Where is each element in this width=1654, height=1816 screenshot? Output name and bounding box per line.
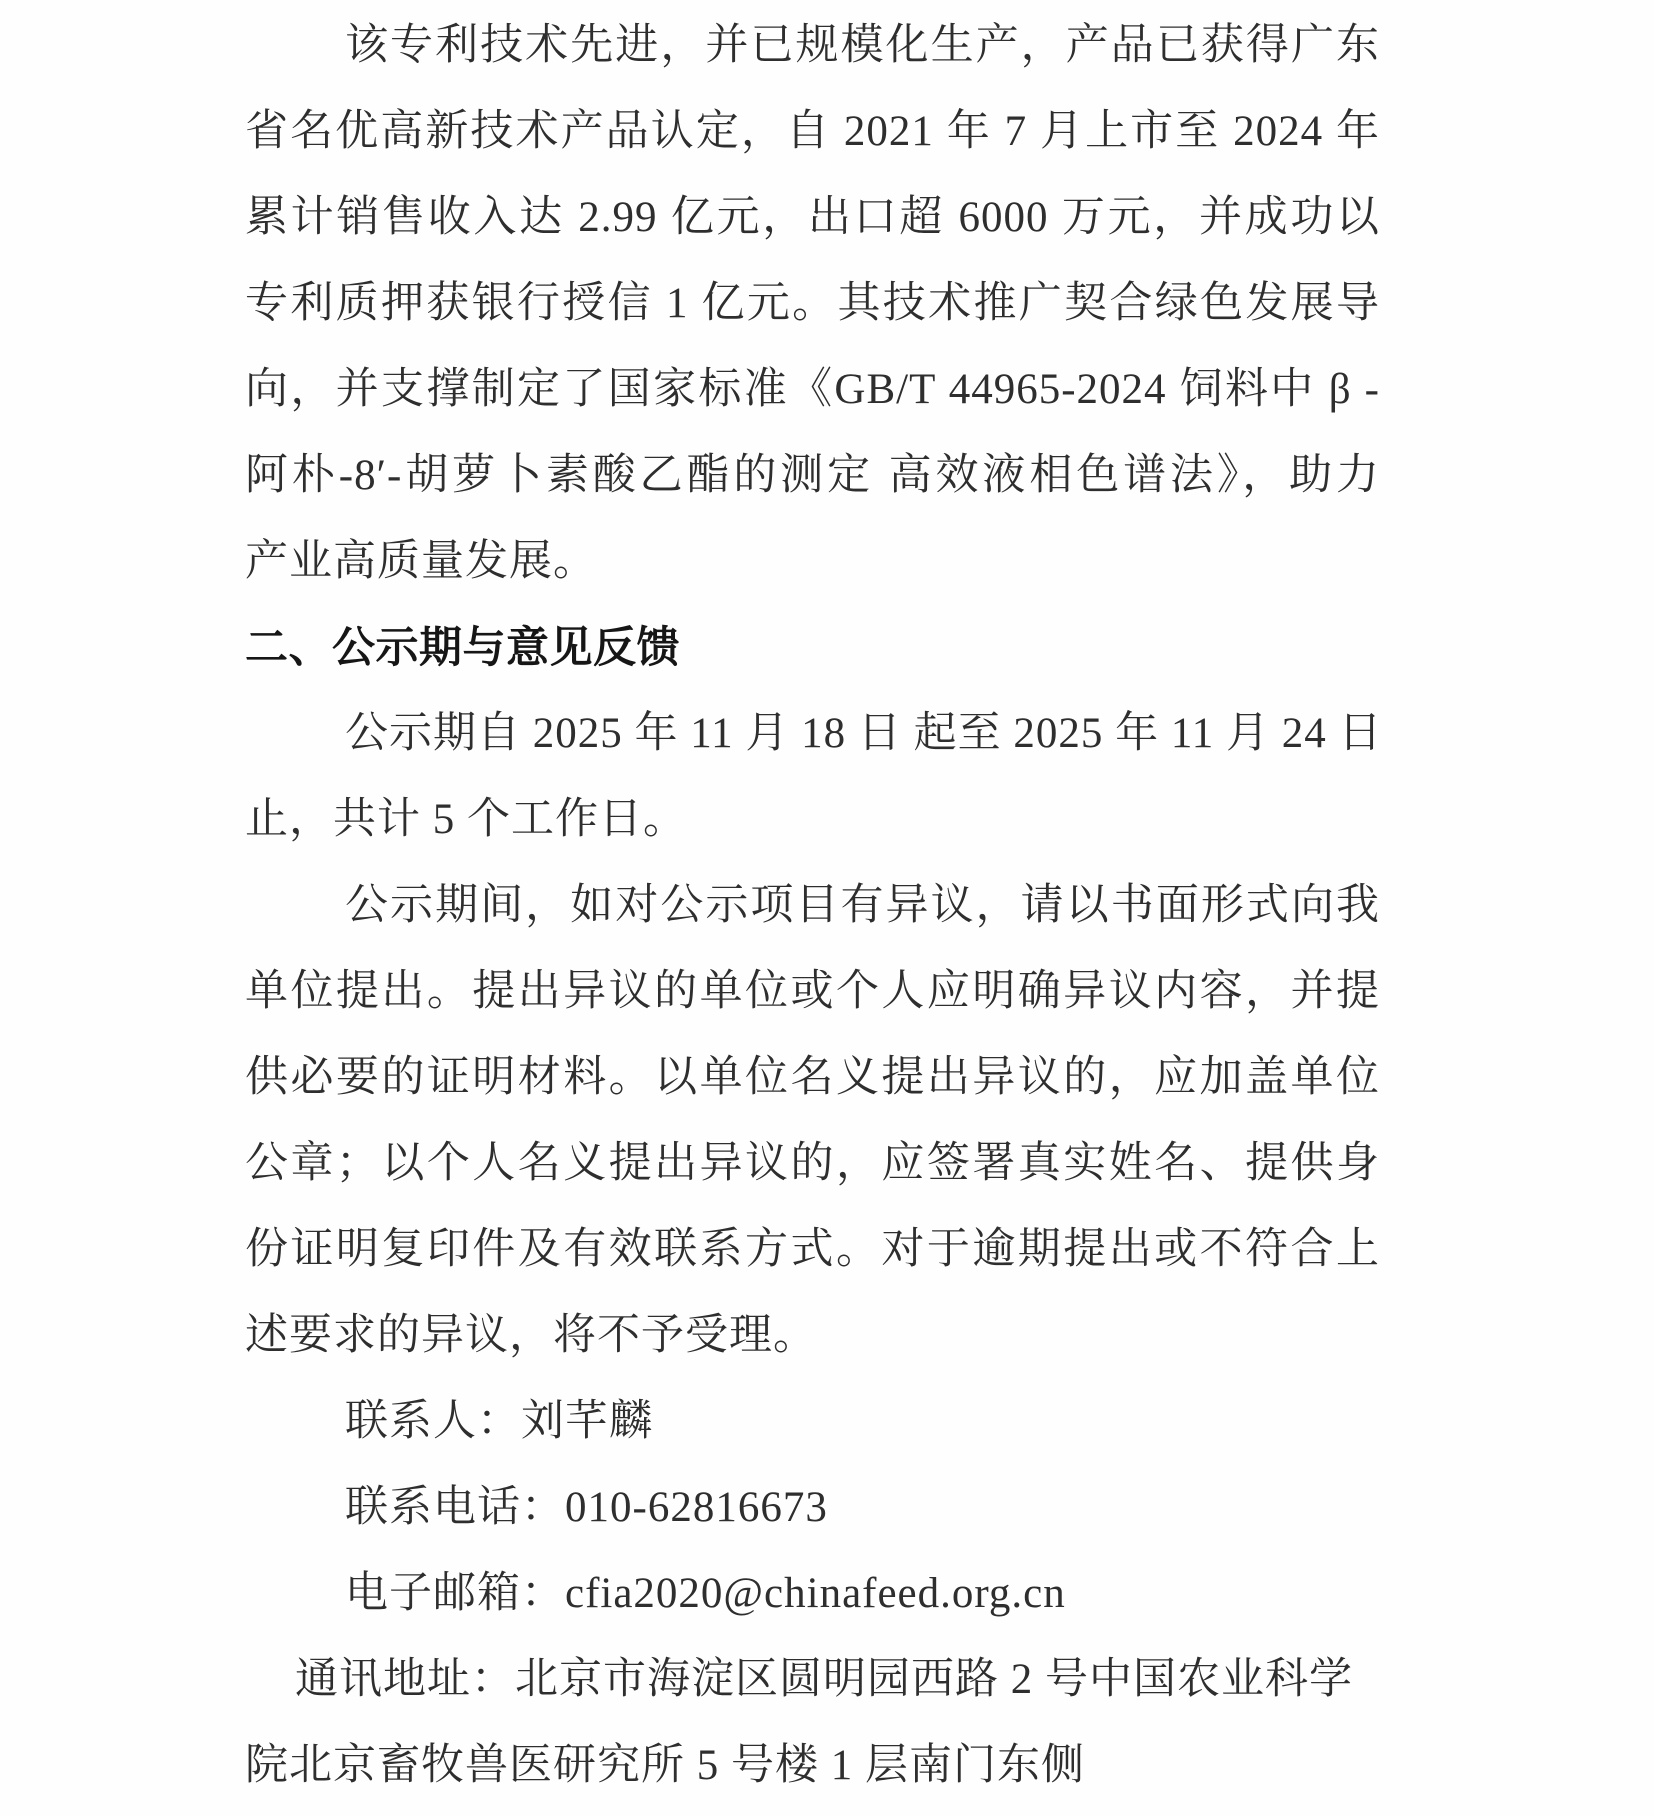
document-body: 该专利技术先进，并已规模化生产，产品已获得广东省名优高新技术产品认定，自 202…	[0, 0, 1654, 1816]
para1-line6: 阿朴-8′-胡萝卜素酸乙酯的测定 高效液相色谱法》，助力	[245, 433, 1380, 519]
para3-line5: 份证明复印件及有效联系方式。对于逾期提出或不符合上	[245, 1207, 1380, 1293]
para1-line3: 累计销售收入达 2.99 亿元，出口超 6000 万元，并成功以	[245, 175, 1380, 261]
section-heading: 二、公示期与意见反馈	[245, 605, 1380, 691]
para1-line1: 该专利技术先进，并已规模化生产，产品已获得广东	[245, 3, 1380, 89]
para1-line4: 专利质押获银行授信 1 亿元。其技术推广契合绿色发展导	[245, 261, 1380, 347]
document-page: 该专利技术先进，并已规模化生产，产品已获得广东省名优高新技术产品认定，自 202…	[0, 0, 1654, 1816]
para3-line1: 公示期间，如对公示项目有异议，请以书面形式向我	[245, 863, 1380, 949]
para3-line4: 公章；以个人名义提出异议的，应签署真实姓名、提供身	[245, 1121, 1380, 1207]
contact-address-line-2: 院北京畜牧兽医研究所 5 号楼 1 层南门东侧	[245, 1723, 1380, 1809]
para3-line3: 供必要的证明材料。以单位名义提出异议的，应加盖单位	[245, 1035, 1380, 1121]
para1-line7: 产业高质量发展。	[245, 519, 1380, 605]
para2-line2: 止，共计 5 个工作日。	[245, 777, 1380, 863]
para1-line5: 向，并支撑制定了国家标准《GB/T 44965-2024 饲料中 β -	[245, 347, 1380, 433]
para1-line2: 省名优高新技术产品认定，自 2021 年 7 月上市至 2024 年	[245, 89, 1380, 175]
contact-email-line: 电子邮箱：cfia2020@chinafeed.org.cn	[245, 1551, 1380, 1637]
para2-line1: 公示期自 2025 年 11 月 18 日 起至 2025 年 11 月 24 …	[245, 691, 1380, 777]
contact-address-line-1: 通讯地址：北京市海淀区圆明园西路 2 号中国农业科学	[245, 1637, 1380, 1723]
para3-line6: 述要求的异议，将不予受理。	[245, 1293, 1380, 1379]
contact-person-line: 联系人：刘芊麟	[245, 1379, 1380, 1465]
para3-line2: 单位提出。提出异议的单位或个人应明确异议内容，并提	[245, 949, 1380, 1035]
contact-phone-line: 联系电话：010-62816673	[245, 1465, 1380, 1551]
